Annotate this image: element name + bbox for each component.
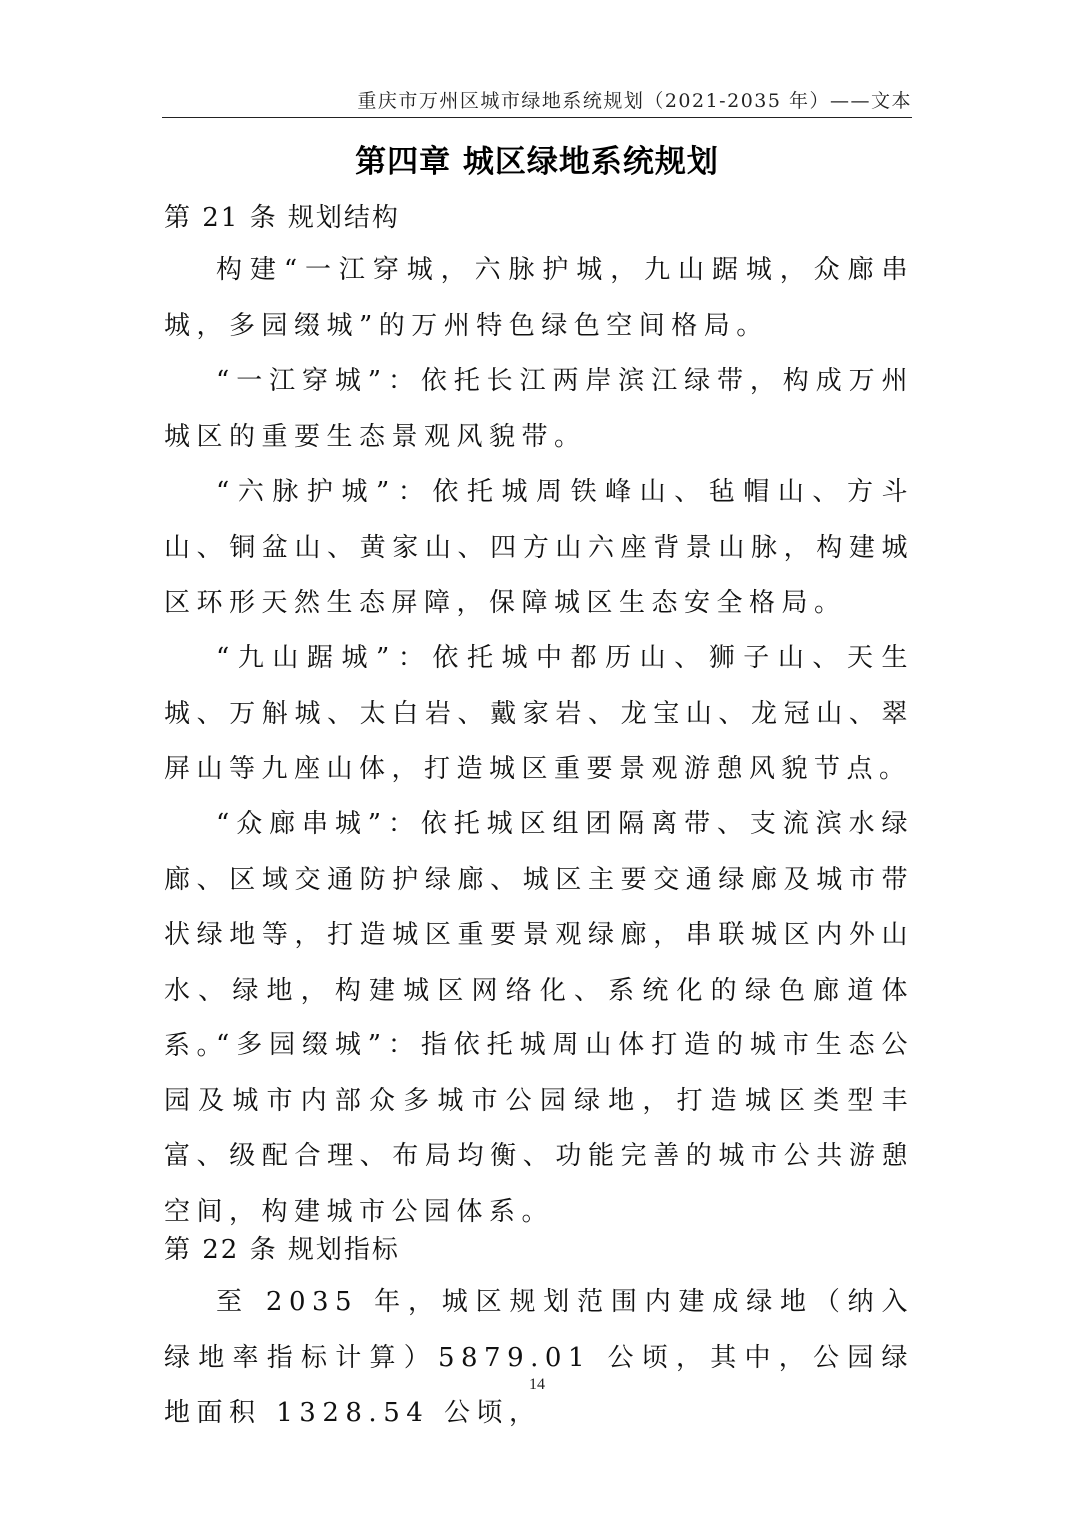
paragraph-river: “一江穿城”：依托长江两岸滨江绿带，构成万州城区的重要生态景观风貌带。: [164, 354, 914, 465]
running-header: 重庆市万州区城市绿地系统规划（2021-2035 年）——文本: [162, 86, 912, 116]
paragraph-indicators: 至 2035 年，城区规划范围内建成绿地（纳入绿地率指标计算）5879.01 公…: [164, 1275, 914, 1442]
paragraph-parks: “多园缀城”：指依托城周山体打造的城市生态公园及城市内部众多城市公园绿地，打造城…: [164, 1018, 914, 1240]
paragraph-structure-intro: 构建“一江穿城，六脉护城，九山踞城，众廊串城，多园缀城”的万州特色绿色空间格局。: [164, 243, 914, 354]
section-heading-22: 第 22 条 规划指标: [164, 1230, 400, 1270]
document-page: 重庆市万州区城市绿地系统规划（2021-2035 年）——文本 第四章 城区绿地…: [0, 0, 1074, 1520]
page-number: 14: [0, 1376, 1074, 1394]
paragraph-nine-mountains: “九山踞城”：依托城中都历山、狮子山、天生城、万斛城、太白岩、戴家岩、龙宝山、龙…: [164, 631, 914, 798]
paragraph-six-veins: “六脉护城”：依托城周铁峰山、毡帽山、方斗山、铜盆山、黄家山、四方山六座背景山脉…: [164, 465, 914, 632]
section-heading-21: 第 21 条 规划结构: [164, 198, 400, 238]
header-divider: [162, 117, 912, 118]
chapter-title: 第四章 城区绿地系统规划: [162, 140, 912, 184]
